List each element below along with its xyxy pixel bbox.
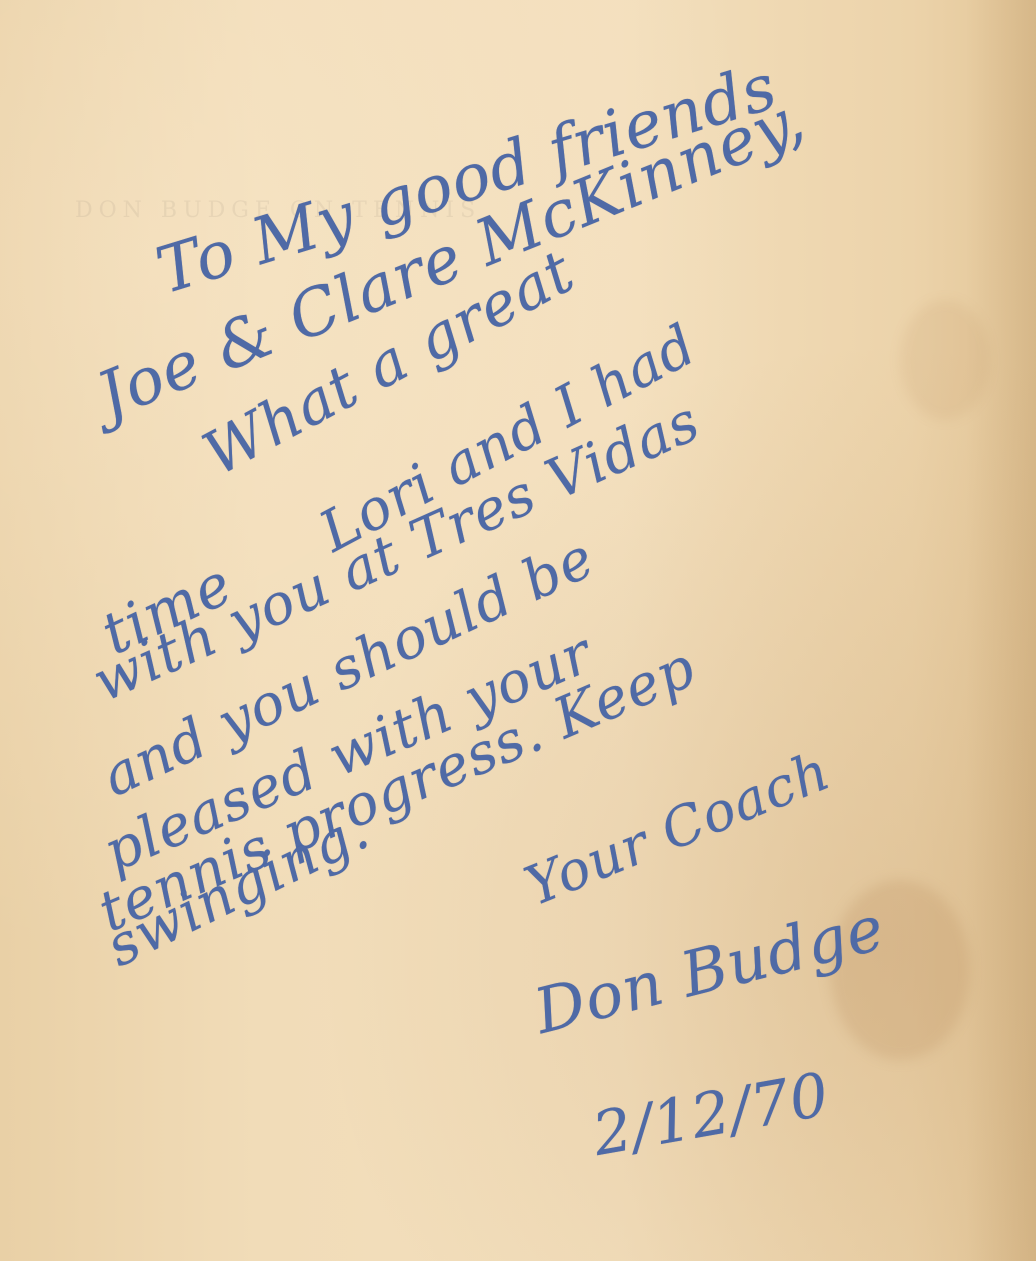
signature: Don Budge: [527, 891, 891, 1048]
closing-line: Your Coach: [516, 739, 838, 918]
inscription-date: 2/12/70: [588, 1060, 835, 1170]
book-page: DON BUDGE ON TENNIS To My good friends J…: [0, 0, 1036, 1261]
handwritten-inscription: To My good friends Joe & Clare McKinney,…: [0, 0, 1036, 1261]
